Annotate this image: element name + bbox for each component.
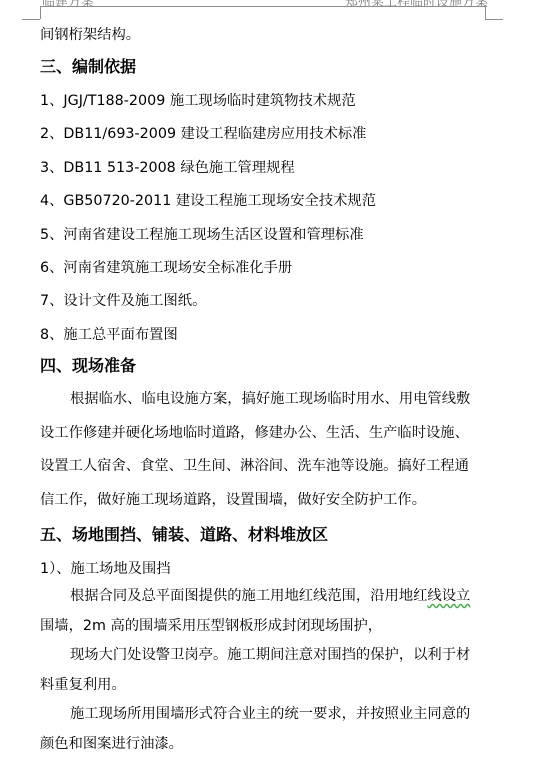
corner-mark-left-vertical [40,6,41,19]
paragraph-line: 根据临水、临电设施方案，搞好施工现场临时用水、用电管线敷 [70,390,470,408]
list-item: 8、施工总平面布置图 [40,326,178,344]
paragraph-line: 根据合同及总平面图提供的施工用地红线范围，沿用地红线设立 [70,587,470,605]
continuation-text: 间钢桁架结构。 [40,26,140,44]
paragraph-line: 颜色和图案进行油漆。 [40,735,183,753]
paragraph-line: 现场大门处设警卫岗亭。施工期间注意对围挡的保护，以利于材 [70,646,470,664]
paragraph-line: 设置工人宿舍、食堂、卫生间、淋浴间、洗车池等设施。搞好工程通 [40,457,469,475]
section-heading-5: 五、场地围挡、铺装、道路、材料堆放区 [40,526,328,544]
section-heading-3: 三、编制依据 [40,58,136,76]
list-item: 6、河南省建筑施工现场安全标准化手册 [40,259,292,277]
list-item: 3、DB11 513-2008 绿色施工管理规程 [40,159,295,177]
paragraph-line: 围墙，2m 高的围墙采用压型钢板形成封闭现场围护， [40,617,382,635]
corner-mark-right-vertical [485,6,486,19]
header-left-text: 临建方案 [42,0,94,10]
list-item: 1、JGJ/T188-2009 施工现场临时建筑物技术规范 [40,92,356,110]
grammar-flagged-text[interactable]: 线设立 [427,588,470,604]
list-item: 4、GB50720-2011 建设工程施工现场安全技术规范 [40,192,376,210]
corner-mark-left-horizontal [22,19,40,20]
paragraph-line: 料重复利用。 [40,676,126,694]
list-item: 5、河南省建设工程施工现场生活区设置和管理标准 [40,226,364,244]
paragraph-line: 信工作，做好施工现场道路，设置围墙，做好安全防护工作。 [40,491,426,509]
header-right-text: 郑州某工程临时设施方案 [345,0,488,10]
document-page: 临建方案 郑州某工程临时设施方案 间钢桁架结构。 三、编制依据 1、JGJ/T1… [0,0,535,766]
paragraph-line: 设工作修建并硬化场地临时道路，修建办公、生活、生产临时设施、 [40,424,469,442]
paragraph-line: 施工现场所用围墙形式符合业主的统一要求，并按照业主同意的 [70,705,470,723]
section-heading-4: 四、现场准备 [40,357,136,375]
paragraph-text: 根据合同及总平面图提供的施工用地红线范围，沿用地红 [70,588,427,604]
list-item: 7、设计文件及施工图纸。 [40,292,206,310]
header-rule [40,6,485,7]
subsection-heading: 1）、施工场地及围挡 [40,560,171,578]
corner-mark-right-horizontal [485,19,503,20]
list-item: 2、DB11/693-2009 建设工程临建房应用技术标准 [40,125,366,143]
